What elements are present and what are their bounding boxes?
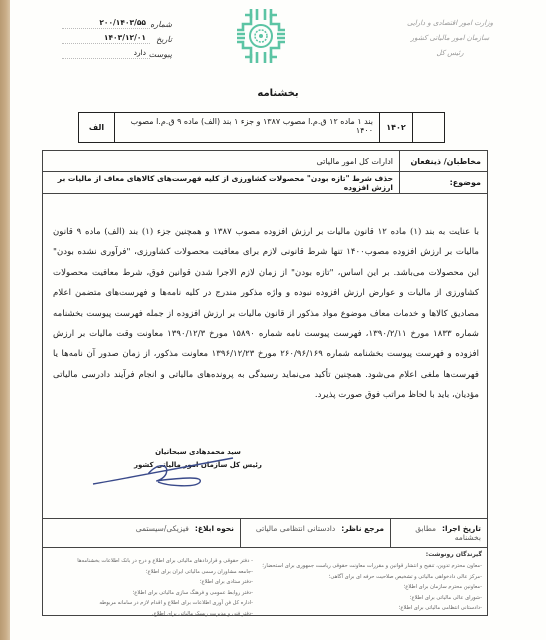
notify-label: نحوه ابلاغ: (195, 524, 234, 533)
paper-edge-background (0, 0, 10, 640)
date-row: تاریخ ۱۴۰۳/۱۲/۰۱ (62, 29, 172, 44)
cc-item: -دادستانی انتظامی مالیاتی برای اطلاع؛ (252, 603, 482, 614)
cc-item: -دفتر فنی و مدیریت ریسک مالیاتی برای اطل… (63, 609, 253, 620)
cc-item: -دفتر روابط عمومی و فرهنگ سازی مالیاتی ب… (63, 588, 253, 599)
body-text: با عنایت به بند (۱) ماده ۱۲ قانون مالیات… (53, 222, 479, 406)
circular-table: مخاطبان/ ذینفعان ادارات کل امور مالیاتی … (42, 150, 488, 616)
reference-block: شماره ۲۰۰/۱۴۰۳/۵۵ تاریخ ۱۴۰۳/۱۲/۰۱ پیوست… (62, 14, 172, 59)
legal-reference: بند ۱ ماده ۱۲ ق.م.ا مصوب ۱۳۸۷ و جزء ۱ بن… (114, 113, 379, 142)
tax-organization-logo-icon (233, 6, 289, 66)
notify-cell: نحوه ابلاغ:فیزیکی/سیستمی (43, 519, 240, 547)
cc-item: -جامعه مشاوران رسمی مالیاتی ایران برای ا… (63, 567, 253, 578)
execution-row: تاریخ اجرا:مطابق بخشنامه مرجع ناظر:دادست… (43, 519, 487, 548)
cc-item: -معاونین محترم سازمان برای اطلاع؛ (252, 582, 482, 593)
cc-list-left: - دفتر حقوقی و قراردادهای مالیاتی برای ا… (63, 556, 253, 619)
page-title: بخشنامه (10, 88, 546, 99)
attachment-label: پیوست (150, 50, 172, 59)
attachment-value: دارد (62, 48, 150, 59)
ref-number-row: شماره ۲۰۰/۱۴۰۳/۵۵ (62, 14, 172, 29)
supervisor-label: مرجع ناظر: (341, 524, 384, 533)
subject-value: حذف شرط "تازه بودن" محصولات کشاورزی از ک… (43, 172, 399, 193)
cc-item: -معاون محترم تدوین، تنقیح و انتشار قوانی… (252, 561, 482, 572)
audience-label: مخاطبان/ ذینفعان (399, 151, 487, 171)
circular-body: با عنایت به بند (۱) ماده ۱۲ قانون مالیات… (43, 194, 487, 519)
notify-value: فیزیکی/سیستمی (136, 524, 189, 533)
supervisor-cell: مرجع ناظر:دادستانی انتظامی مالیاتی (240, 519, 390, 547)
exec-date-cell: تاریخ اجرا:مطابق بخشنامه (390, 519, 487, 547)
ref-number: ۲۰۰/۱۴۰۳/۵۵ (62, 18, 150, 29)
exec-date-label: تاریخ اجرا: (442, 524, 481, 533)
ministry-line: وزارت امور اقتصادی و دارایی (395, 16, 505, 31)
date-value: ۱۴۰۳/۱۲/۰۱ (62, 33, 150, 44)
supervisor-value: دادستانی انتظامی مالیاتی (256, 524, 335, 533)
cc-item: - دفتر حقوقی و قراردادهای مالیاتی برای ا… (63, 556, 253, 567)
subject-row: موضوع: حذف شرط "تازه بودن" محصولات کشاور… (43, 172, 487, 194)
date-label: تاریخ (150, 35, 172, 44)
audience-value: ادارات کل امور مالیاتی (43, 151, 399, 171)
subject-label: موضوع: (399, 172, 487, 193)
cc-item: -دفتر ستادی برای اطلاع؛ (63, 577, 253, 588)
cc-item: -اداره کل فن آوری اطلاعات برای اطلاع و ا… (63, 598, 253, 609)
signature-icon (88, 452, 238, 492)
circular-category: الف (79, 113, 114, 142)
ref-number-label: شماره (150, 20, 172, 29)
cc-list-right: -معاون محترم تدوین، تنقیح و انتشار قوانی… (252, 561, 482, 614)
ministry-line: رئیس کل (395, 46, 505, 61)
circular-document: شماره ۲۰۰/۱۴۰۳/۵۵ تاریخ ۱۴۰۳/۱۲/۰۱ پیوست… (10, 0, 546, 640)
cc-item: -مرکز عالی دادخواهی مالیاتی و تشخیص صلاح… (252, 572, 482, 583)
attachment-row: پیوست دارد (62, 44, 172, 59)
ministry-header: وزارت امور اقتصادی و دارایی سازمان امور … (395, 16, 505, 61)
circular-number-box: ۱۴۰۲ بند ۱ ماده ۱۲ ق.م.ا مصوب ۱۳۸۷ و جزء… (78, 112, 445, 143)
audience-row: مخاطبان/ ذینفعان ادارات کل امور مالیاتی (43, 151, 487, 172)
number-box-empty-cell (412, 113, 444, 142)
cc-item: -شورای عالی مالیاتی برای اطلاع؛ (252, 593, 482, 604)
circular-number: ۱۴۰۲ (379, 113, 412, 142)
ministry-line: سازمان امور مالیاتی کشور (395, 31, 505, 46)
cc-recipients: گیرندگان رونوشت: -معاون محترم تدوین، تنق… (43, 548, 487, 614)
